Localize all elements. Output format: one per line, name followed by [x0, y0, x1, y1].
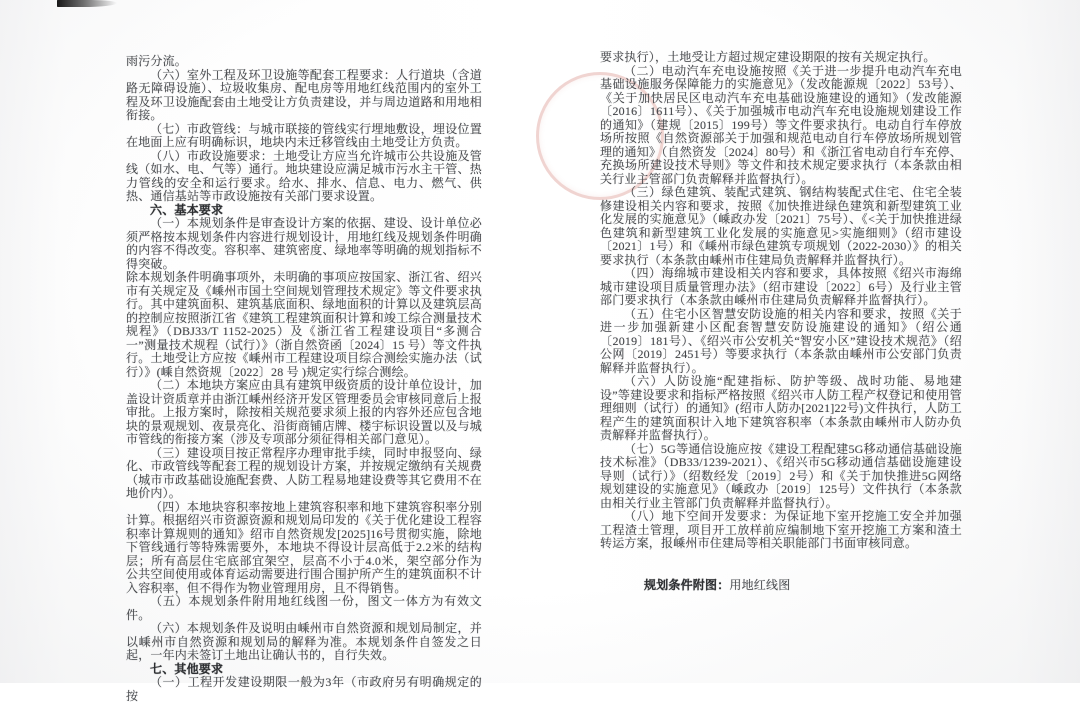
section-heading-basic-requirements: 六、基本要求	[126, 204, 482, 218]
section-heading-other-requirements: 七、其他要求	[126, 663, 482, 677]
paragraph: （二）电动汽车充电设施按照《关于进一步提升电动汽车充电基础设施服务保障能力的实施…	[600, 65, 962, 187]
paragraph: 雨污分流。	[126, 55, 482, 69]
paragraph: （四）海绵城市建设相关内容和要求，具体按照《绍兴市海绵城市建设项目质量管理办法》…	[600, 267, 962, 308]
paragraph: （一）工程开发建设期限一般为3年（市政府另有明确规定的按	[126, 676, 482, 683]
paragraph: （八）地下空间开发要求：为保证地下室开挖施工安全并加强工程渣土管理，项目开工放样…	[600, 510, 962, 551]
scanner-ink-mark	[57, 0, 117, 7]
paragraph: （三）建设项目按正常程序办理审批手续，同时申报竖向、绿化、市政管线等配套工程的规…	[126, 447, 482, 501]
paragraph: 要求执行），土地受让方超过规定建设期限的按有关规定执行。	[600, 51, 962, 65]
paragraph: （三）绿色建筑、装配式建筑、钢结构装配式住宅、住宅全装修建设相关内容和要求，按照…	[600, 186, 962, 267]
paragraph: （八）市政设施要求：土地受让方应当允许城市公共设施及管线（如水、电、气等）通行。…	[126, 150, 482, 204]
paragraph: （七）5G等通信设施应按《建设工程配建5G移动通信基础设施技术标准》（DB33/…	[600, 443, 962, 511]
paragraph: （七）市政管线：与城市联接的管线实行埋地敷设，埋设位置在地面上应有明确标识，地块…	[126, 123, 482, 150]
right-text-column: 要求执行），土地受让方超过规定建设期限的按有关规定执行。 （二）电动汽车充电设施…	[600, 51, 962, 592]
paragraph: （六）室外工程及环卫设施等配套工程要求：人行道块（含道路无障碍设施）、垃圾收集房…	[126, 69, 482, 123]
scanned-document-page: 雨污分流。 （六）室外工程及环卫设施等配套工程要求：人行道块（含道路无障碍设施）…	[0, 0, 1080, 683]
attachment-caption-label: 规划条件附图：	[644, 578, 729, 592]
paragraph: （一）本规划条件是审查设计方案的依据、建设、设计单位必须严格按本规划条件内容进行…	[126, 217, 482, 271]
paragraph: （五）住宅小区智慧安防设施的相关内容和要求，按照《关于进一步加强新建小区配套智慧…	[600, 308, 962, 376]
paragraph: （四）本地块容积率按地上建筑容积率和地下建筑容积率分别计算。根据绍兴市资源资源和…	[126, 501, 482, 596]
paragraph: （六）本规划条件及说明由嵊州市自然资源和规划局制定，并以嵊州市自然资源和规划局的…	[126, 622, 482, 663]
paragraph: （五）本规划条件附用地红线图一份，图文一体方为有效文件。	[126, 595, 482, 622]
left-text-column: 雨污分流。 （六）室外工程及环卫设施等配套工程要求：人行道块（含道路无障碍设施）…	[126, 55, 482, 683]
paragraph: （六）人防设施“配建指标、防护等级、战时功能、易地建设”等建设要求和指标严格按照…	[600, 375, 962, 443]
attachment-caption: 规划条件附图：用地红线图	[600, 579, 962, 593]
paragraph: 除本规划条件明确事项外，未明确的事项应按国家、浙江省、绍兴市有关规定及《嵊州市国…	[126, 271, 482, 379]
attachment-caption-value: 用地红线图	[729, 578, 790, 592]
paragraph: （二）本地块方案应由具有建筑甲级资质的设计单位设计，加盖设计资质章并由浙江嵊州经…	[126, 379, 482, 447]
